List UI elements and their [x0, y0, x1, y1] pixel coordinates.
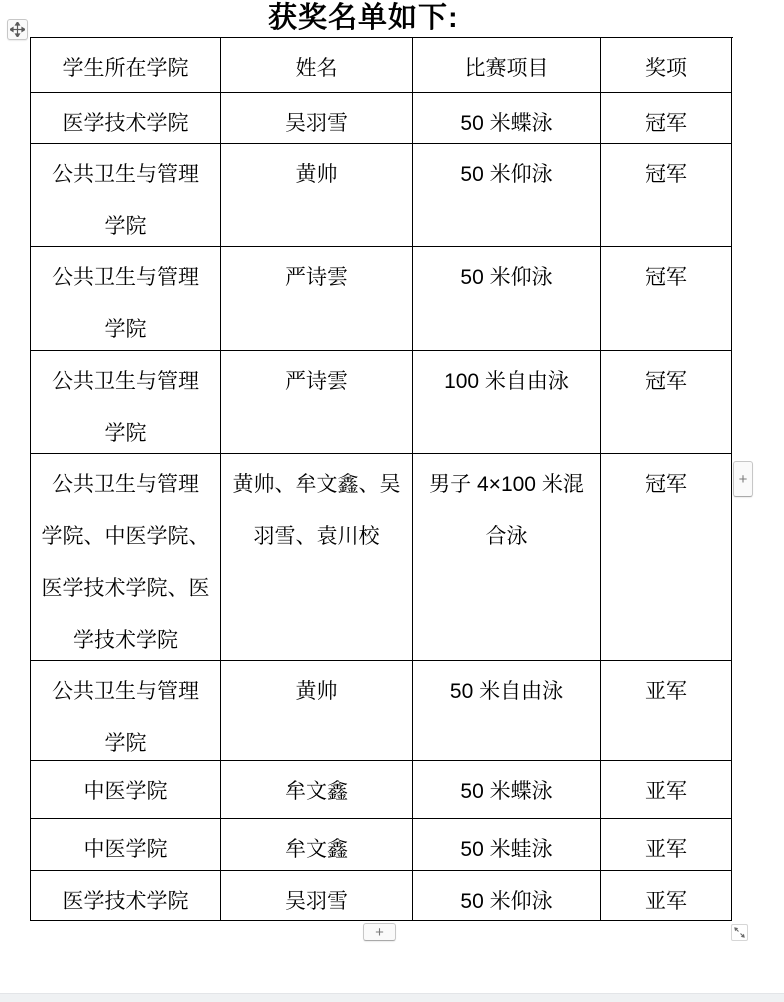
table-row: 公共卫生与管理 学院 黄帅 50 米自由泳 亚军 — [31, 661, 733, 761]
cell-event[interactable]: 男子 4×100 米混 合泳 — [413, 454, 601, 661]
cell-college[interactable]: 中医学院 — [31, 819, 221, 871]
cell-award[interactable]: 亚军 — [601, 661, 732, 761]
cell-college[interactable]: 公共卫生与管理 学院 — [31, 144, 221, 247]
page-edge-strip — [0, 993, 784, 1002]
cell-event[interactable]: 50 米自由泳 — [413, 661, 601, 761]
cell-name[interactable]: 吴羽雪 — [221, 871, 413, 921]
cell-name[interactable]: 黄帅 — [221, 144, 413, 247]
cell-name[interactable]: 吴羽雪 — [221, 93, 413, 144]
header-cell-award[interactable]: 奖项 — [601, 38, 732, 93]
cell-award[interactable]: 冠军 — [601, 144, 732, 247]
cell-name[interactable]: 黄帅、牟文鑫、吴 羽雪、袁川校 — [221, 454, 413, 661]
cell-name[interactable]: 严诗雲 — [221, 351, 413, 454]
table-row: 公共卫生与管理 学院 严诗雲 50 米仰泳 冠军 — [31, 247, 733, 351]
add-column-button[interactable]: + — [733, 461, 753, 497]
award-table: 学生所在学院 姓名 比赛项目 奖项 医学技术学院 吴羽雪 50 米蝶泳 冠军 公… — [30, 37, 733, 921]
table-header-row: 学生所在学院 姓名 比赛项目 奖项 — [31, 38, 733, 93]
cell-event[interactable]: 100 米自由泳 — [413, 351, 601, 454]
document-page: 获奖名单如下: 学生所在学院 姓名 比赛项目 奖项 医学技术 — [0, 0, 784, 1002]
table-row: 公共卫生与管理 学院 严诗雲 100 米自由泳 冠军 — [31, 351, 733, 454]
plus-icon: + — [375, 925, 384, 940]
cell-college[interactable]: 公共卫生与管理 学院 — [31, 247, 221, 351]
table-row: 医学技术学院 吴羽雪 50 米仰泳 亚军 — [31, 871, 733, 921]
table-row: 公共卫生与管理 学院 黄帅 50 米仰泳 冠军 — [31, 144, 733, 247]
move-icon — [10, 22, 25, 37]
table-move-handle[interactable] — [7, 19, 28, 40]
cell-college[interactable]: 公共卫生与管理 学院 — [31, 351, 221, 454]
cell-college[interactable]: 公共卫生与管理 学院 — [31, 661, 221, 761]
cell-event[interactable]: 50 米蝶泳 — [413, 93, 601, 144]
cell-event[interactable]: 50 米仰泳 — [413, 871, 601, 921]
cell-college[interactable]: 医学技术学院 — [31, 93, 221, 144]
cell-award[interactable]: 亚军 — [601, 761, 732, 819]
add-row-button[interactable]: + — [363, 923, 396, 941]
cell-award[interactable]: 冠军 — [601, 247, 732, 351]
cell-award[interactable]: 冠军 — [601, 351, 732, 454]
cell-award[interactable]: 冠军 — [601, 93, 732, 144]
cell-event[interactable]: 50 米蝶泳 — [413, 761, 601, 819]
cell-event[interactable]: 50 米仰泳 — [413, 144, 601, 247]
cell-name[interactable]: 黄帅 — [221, 661, 413, 761]
header-cell-college[interactable]: 学生所在学院 — [31, 38, 221, 93]
cell-college[interactable]: 公共卫生与管理 学院、中医学院、 医学技术学院、医 学技术学院 — [31, 454, 221, 661]
table-row: 中医学院 牟文鑫 50 米蛙泳 亚军 — [31, 819, 733, 871]
cell-event[interactable]: 50 米仰泳 — [413, 247, 601, 351]
header-cell-name[interactable]: 姓名 — [221, 38, 413, 93]
cell-event[interactable]: 50 米蛙泳 — [413, 819, 601, 871]
plus-icon: + — [739, 472, 748, 487]
table-resize-handle[interactable] — [731, 924, 748, 941]
cell-name[interactable]: 严诗雲 — [221, 247, 413, 351]
cell-award[interactable]: 冠军 — [601, 454, 732, 661]
cell-name[interactable]: 牟文鑫 — [221, 761, 413, 819]
header-cell-event[interactable]: 比赛项目 — [413, 38, 601, 93]
cell-name[interactable]: 牟文鑫 — [221, 819, 413, 871]
table-row: 公共卫生与管理 学院、中医学院、 医学技术学院、医 学技术学院 黄帅、牟文鑫、吴… — [31, 454, 733, 661]
cell-award[interactable]: 亚军 — [601, 871, 732, 921]
resize-diagonal-icon — [733, 926, 746, 939]
cell-college[interactable]: 医学技术学院 — [31, 871, 221, 921]
cell-college[interactable]: 中医学院 — [31, 761, 221, 819]
table-row: 中医学院 牟文鑫 50 米蝶泳 亚军 — [31, 761, 733, 819]
cell-award[interactable]: 亚军 — [601, 819, 732, 871]
page-title: 获奖名单如下: — [268, 0, 459, 36]
table-row: 医学技术学院 吴羽雪 50 米蝶泳 冠军 — [31, 93, 733, 144]
